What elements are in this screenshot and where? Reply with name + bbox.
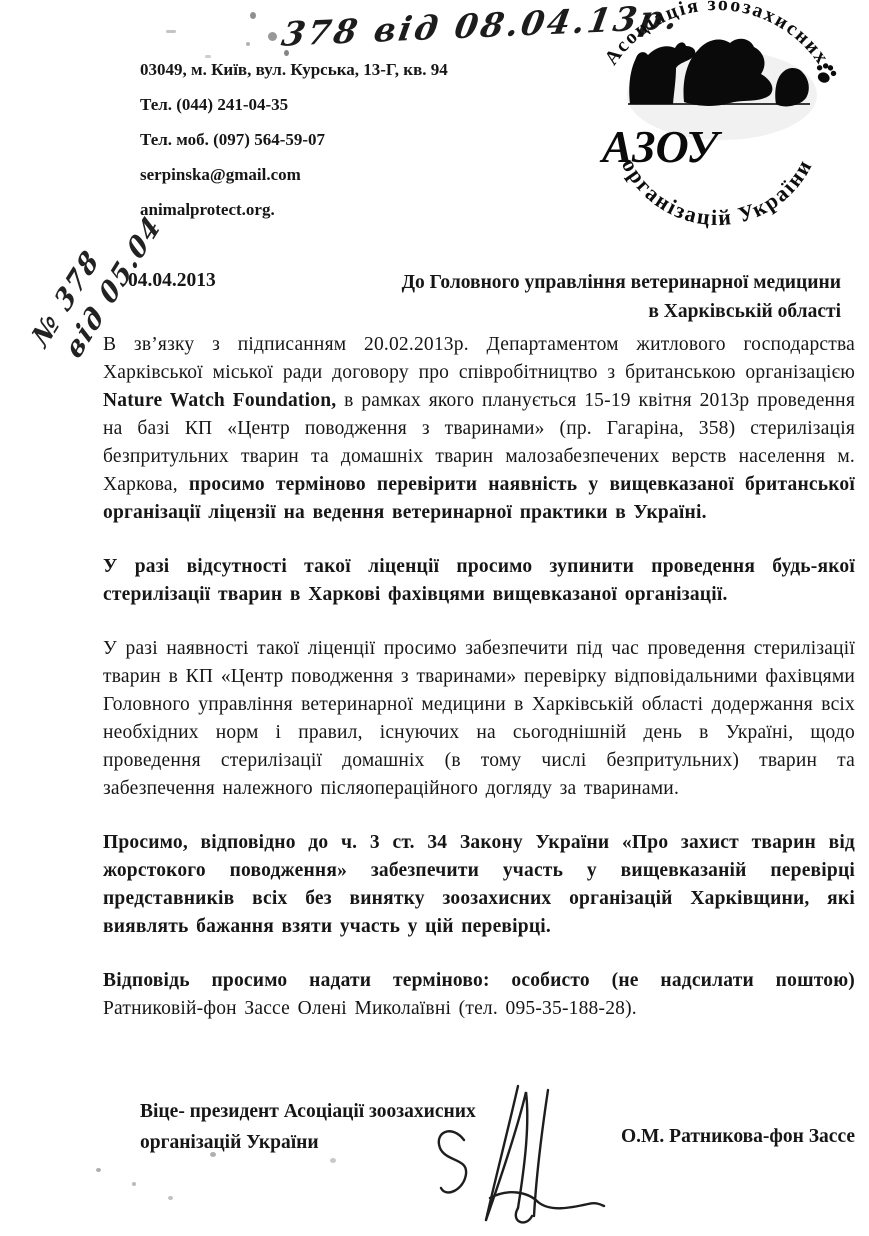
paragraph-4: Просимо, відповідно до ч. 3 ст. 34 Закон…	[103, 829, 855, 941]
scan-artifact	[246, 42, 250, 46]
organization-stamp-logo: Асоціація зоозахисних організацій Україн…	[572, 0, 864, 248]
paragraph-2: У разі відсутності такої ліценції просим…	[103, 553, 855, 609]
animal-silhouettes-icon	[628, 39, 810, 107]
scan-artifact	[268, 32, 277, 41]
sender-phone: Тел. (044) 241-04-35	[140, 87, 448, 122]
sender-email: serpinska@gmail.com	[140, 157, 448, 192]
scan-artifact	[168, 1196, 173, 1200]
paragraph-3: У разі наявності такої ліценції просимо …	[103, 635, 855, 803]
scan-artifact	[166, 30, 176, 33]
paragraph-5-text: Ратниковій-фон Зассе Олені Миколаївні (т…	[103, 998, 637, 1019]
paragraph-4-text: Просимо, відповідно до ч. 3 ст. 34 Закон…	[103, 832, 855, 937]
scan-artifact	[330, 1158, 336, 1163]
paragraph-3-text: У разі наявності такої ліценції просимо …	[103, 638, 855, 799]
paragraph-1-text: В зв’язку з підписанням 20.02.2013р. Деп…	[103, 334, 855, 383]
paragraph-1: В зв’язку з підписанням 20.02.2013р. Деп…	[103, 331, 855, 527]
scan-artifact	[96, 1168, 101, 1172]
sender-website: animalprotect.org.	[140, 192, 448, 227]
paragraph-1-bold-request: просимо терміново перевірити наявність у…	[103, 474, 855, 523]
signer-name: О.М. Ратникова-фон Зассе	[621, 1126, 855, 1148]
sender-mobile-phone: Тел. моб. (097) 564-59-07	[140, 122, 448, 157]
scanned-letter-page: 378 від 08.04.13р. № 378 від 05.04 03049…	[0, 0, 869, 1236]
paragraph-5-bold-request: Відповідь просимо надати терміново: особ…	[103, 970, 855, 991]
azou-abbreviation: АЗОУ	[599, 121, 723, 172]
signer-title: Віце- президент Асоціації зоозахисних ор…	[140, 1096, 476, 1158]
paragraph-5: Відповідь просимо надати терміново: особ…	[103, 967, 855, 1023]
signer-title-line1: Віце- президент Асоціації зоозахисних	[140, 1096, 476, 1127]
sender-address: 03049, м. Київ, вул. Курська, 13-Г, кв. …	[140, 52, 448, 87]
signer-title-line2: організацій України	[140, 1127, 476, 1158]
paragraph-2-text: У разі відсутності такої ліценції просим…	[103, 556, 855, 605]
scan-artifact	[132, 1182, 136, 1186]
paragraph-1-bold-org-name: Nature Watch Foundation,	[103, 390, 336, 411]
letter-date: 04.04.2013	[128, 270, 216, 292]
letter-body: В зв’язку з підписанням 20.02.2013р. Деп…	[103, 331, 855, 1049]
sender-contact-block: 03049, м. Київ, вул. Курська, 13-Г, кв. …	[140, 52, 448, 227]
addressee-block: До Головного управління ветеринарної мед…	[221, 268, 841, 326]
addressee-line2: в Харківській області	[221, 297, 841, 326]
addressee-line1: До Головного управління ветеринарної мед…	[221, 268, 841, 297]
handwritten-signature	[428, 1078, 608, 1236]
scan-artifact	[250, 12, 256, 19]
